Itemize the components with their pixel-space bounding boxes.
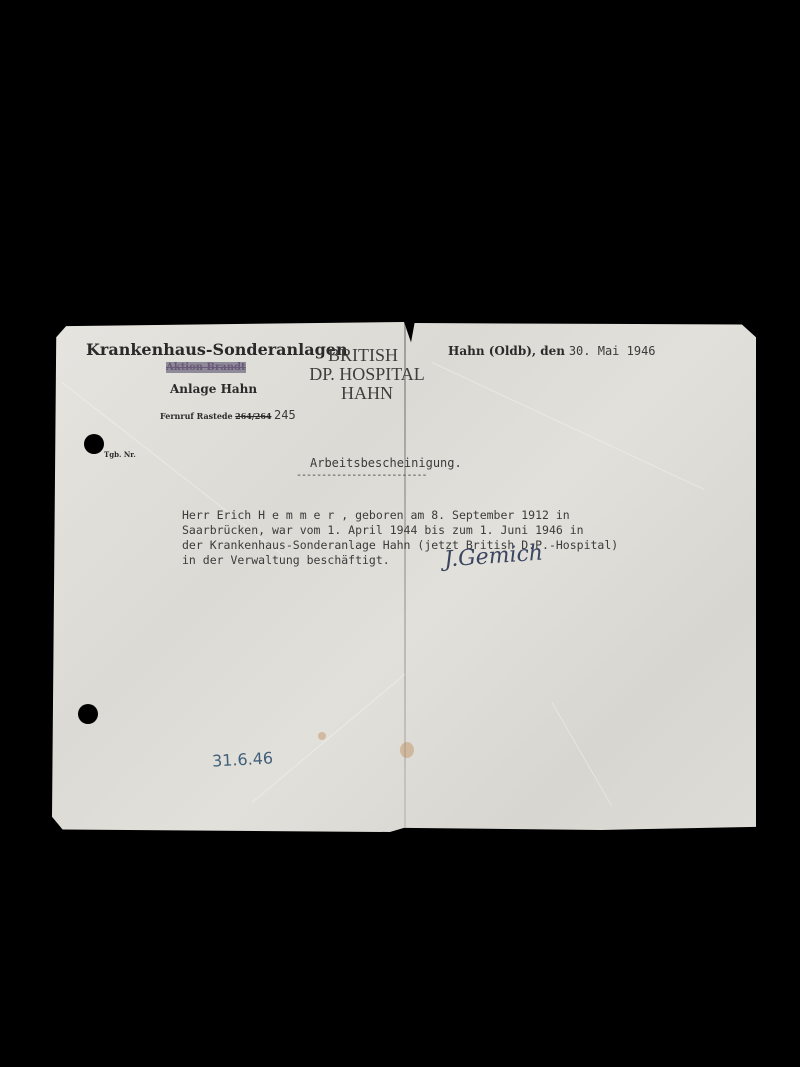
stamp-line-2: DP. HOSPITAL	[288, 365, 446, 384]
body-line: Saarbrücken, war vom 1. April 1944 bis z…	[182, 523, 618, 538]
stamp-line-1: BRITISH	[288, 346, 446, 365]
body-line: in der Verwaltung beschäftigt.	[182, 553, 618, 568]
body-line: Herr Erich H e m m e r , geboren am 8. S…	[182, 508, 618, 523]
dateline: Hahn (Oldb), den 30. Mai 1946	[448, 344, 656, 358]
punch-hole	[84, 434, 104, 454]
phone-line: Fernruf Rastede 264/264 245	[160, 408, 296, 422]
phone-label: Fernruf Rastede	[160, 411, 233, 421]
reference-label: Tgb. Nr.	[104, 450, 136, 459]
hospital-stamp: BRITISH DP. HOSPITAL HAHN	[288, 346, 446, 403]
facility-name: Anlage Hahn	[170, 382, 257, 396]
crease	[552, 702, 613, 806]
crease	[432, 362, 704, 490]
crease	[252, 674, 406, 803]
document-body: Herr Erich H e m m e r , geboren am 8. S…	[182, 508, 618, 568]
stain	[400, 742, 414, 758]
stamp-line-3: HAHN	[288, 384, 446, 403]
document-title: Arbeitsbescheinigung.	[310, 456, 462, 470]
phone-struck: 264/264	[235, 411, 271, 421]
punch-hole	[78, 704, 98, 724]
title-underline: --------------------------	[296, 470, 427, 481]
dateline-place: Hahn (Oldb), den	[448, 344, 565, 358]
stain	[318, 732, 326, 740]
struck-line: Aktion Brandt	[166, 362, 246, 373]
document-paper: Krankenhaus-Sonderanlagen Aktion Brandt …	[52, 322, 756, 832]
phone-typed: 245	[274, 408, 296, 422]
dateline-date: 30. Mai 1946	[569, 344, 656, 358]
body-line: der Krankenhaus-Sonderanlage Hahn (jetzt…	[182, 538, 618, 553]
handwritten-note: 31.6.46	[212, 748, 274, 770]
